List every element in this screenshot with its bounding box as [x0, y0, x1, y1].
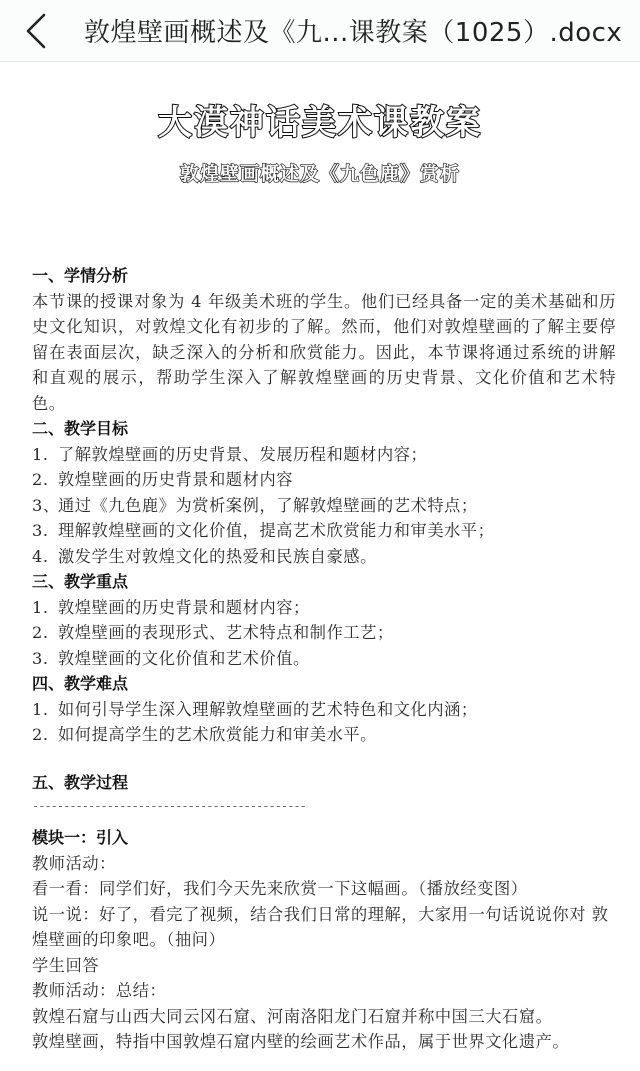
- process-line: 敦煌壁画，特指中国敦煌石窟内壁的绘画艺术作品，属于世界文化遗产。: [32, 1029, 616, 1055]
- list-number: 1.: [32, 697, 58, 723]
- process-line: 教师活动：总结：: [32, 978, 616, 1004]
- list-text: 通过《九色鹿》为赏析案例，了解敦煌壁画的艺术特点；: [58, 496, 478, 515]
- section-heading: 二、教学目标: [32, 416, 616, 442]
- list-number: 3.: [32, 518, 58, 544]
- section-heading: 四、教学难点: [32, 671, 616, 697]
- chevron-left-icon: [25, 13, 47, 49]
- list-text: 如何引导学生深入理解敦煌壁画的艺术特色和文化内涵；: [58, 700, 478, 719]
- list-text: 敦煌壁画的表现形式、艺术特点和制作工艺；: [58, 623, 394, 642]
- process-line: 煌壁画的印象吧。（抽问）: [32, 927, 616, 953]
- list-item: 3、通过《九色鹿》为赏析案例，了解敦煌壁画的艺术特点；: [32, 493, 616, 519]
- list-item: 3.理解敦煌壁画的文化价值，提高艺术欣赏能力和审美水平；: [32, 518, 616, 544]
- process-line: 学生回答: [32, 953, 616, 979]
- process-line: 教师活动：: [32, 851, 616, 877]
- list-item: 2.敦煌壁画的表现形式、艺术特点和制作工艺；: [32, 620, 616, 646]
- list-number: 4.: [32, 544, 58, 570]
- list-item: 2.如何提高学生的艺术欣赏能力和审美水平。: [32, 722, 616, 748]
- list-text: 如何提高学生的艺术欣赏能力和审美水平。: [58, 725, 377, 744]
- document-page[interactable]: 大漠神话美术课教案 敦煌壁画概述及《九色鹿》赏析 一、学情分析 本节课的授课对象…: [0, 63, 640, 1071]
- list-text: 了解敦煌壁画的历史背景、发展历程和题材内容；: [58, 445, 427, 464]
- document-title: 敦煌壁画概述及《九...课教案（1025）.docx: [84, 12, 622, 49]
- list-text: 敦煌壁画的文化价值和艺术价值。: [58, 649, 310, 668]
- dashed-divider: ----------------------------------------…: [32, 795, 322, 817]
- back-button[interactable]: [0, 0, 64, 62]
- list-number: 3.: [32, 646, 58, 672]
- top-bar: 敦煌壁画概述及《九...课教案（1025）.docx: [0, 0, 640, 62]
- process-line: 看一看：同学们好，我们今天先来欣赏一下这幅画。（播放经变图）: [32, 876, 616, 902]
- section-heading: 五、教学过程: [32, 770, 616, 796]
- list-text: 敦煌壁画的历史背景和题材内容；: [58, 598, 310, 617]
- sub-title: 敦煌壁画概述及《九色鹿》赏析: [0, 159, 640, 186]
- list-number: 1.: [32, 442, 58, 468]
- list-number: 1.: [32, 595, 58, 621]
- list-item: 1.敦煌壁画的历史背景和题材内容；: [32, 595, 616, 621]
- list-number: 2.: [32, 722, 58, 748]
- list-number: 2.: [32, 620, 58, 646]
- document-body: 一、学情分析 本节课的授课对象为 4 年级美术班的学生。他们已经具备一定的美术基…: [32, 263, 616, 1055]
- process-line: 敦煌石窟与山西大同云冈石窟、河南洛阳龙门石窟并称中国三大石窟。: [32, 1004, 616, 1030]
- list-item: 4.激发学生对敦煌文化的热爱和民族自豪感。: [32, 544, 616, 570]
- list-text: 理解敦煌壁画的文化价值，提高艺术欣赏能力和审美水平；: [58, 521, 494, 540]
- list-number: 3、: [32, 493, 58, 519]
- list-text: 敦煌壁画的历史背景和题材内容: [58, 470, 293, 489]
- list-item: 1.如何引导学生深入理解敦煌壁画的艺术特色和文化内涵；: [32, 697, 616, 723]
- process-line: 说一说：好了，看完了视频，结合我们日常的理解，大家用一句话说说你对 敦: [32, 902, 616, 928]
- list-item: 2.敦煌壁画的历史背景和题材内容: [32, 467, 616, 493]
- section-heading: 一、学情分析: [32, 263, 616, 289]
- section-heading: 三、教学重点: [32, 569, 616, 595]
- spacer: [32, 748, 616, 770]
- spacer: [32, 817, 616, 825]
- list-text: 激发学生对敦煌文化的热爱和民族自豪感。: [58, 547, 377, 566]
- list-item: 3.敦煌壁画的文化价值和艺术价值。: [32, 646, 616, 672]
- section-paragraph: 本节课的授课对象为 4 年级美术班的学生。他们已经具备一定的美术基础和历史文化知…: [32, 289, 616, 417]
- list-number: 2.: [32, 467, 58, 493]
- main-title: 大漠神话美术课教案: [0, 95, 640, 144]
- module-heading: 模块一：引入: [32, 825, 616, 851]
- list-item: 1.了解敦煌壁画的历史背景、发展历程和题材内容；: [32, 442, 616, 468]
